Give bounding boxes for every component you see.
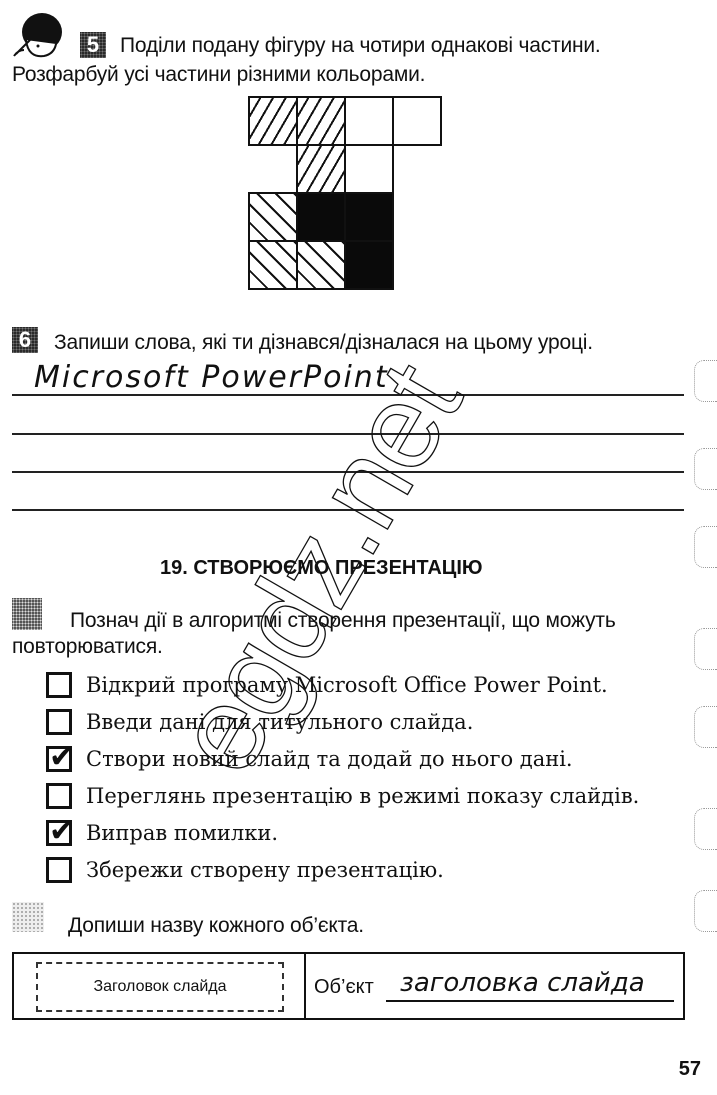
checkbox[interactable] bbox=[46, 709, 72, 735]
task-5-instruction-line2: Розфарбуй усі частини різними кольорами. bbox=[12, 62, 425, 88]
algorithm-option[interactable]: Збережи створену презентацію. bbox=[46, 855, 444, 885]
checkmark-icon: ✔ bbox=[49, 817, 74, 847]
option-label: Виправ помилки. bbox=[86, 821, 278, 845]
page-number: 57 bbox=[679, 1058, 701, 1081]
figure-cell-white[interactable] bbox=[344, 144, 394, 194]
table-divider bbox=[304, 954, 306, 1018]
task-2-badge: 2 bbox=[12, 902, 44, 932]
checkbox[interactable] bbox=[46, 672, 72, 698]
slide-title-placeholder-text: Заголовок слайда bbox=[93, 978, 226, 996]
figure-cell-forward-hatch[interactable] bbox=[296, 96, 346, 146]
figure-cell-white[interactable] bbox=[392, 96, 442, 146]
margin-doodle-icon bbox=[694, 628, 717, 670]
algorithm-option[interactable]: ✔Виправ помилки. bbox=[46, 818, 278, 848]
figure-cell-black[interactable] bbox=[296, 192, 346, 242]
figure-cell-back-hatch[interactable] bbox=[248, 192, 298, 242]
figure-cell-black[interactable] bbox=[344, 240, 394, 290]
checkbox[interactable]: ✔ bbox=[46, 746, 72, 772]
task-1-instruction-line2: повторюватися. bbox=[12, 634, 163, 660]
margin-doodle-icon bbox=[694, 526, 717, 568]
task-1-badge: 1 bbox=[12, 598, 42, 630]
algorithm-option[interactable]: Переглянь презентацію в режимі показу сл… bbox=[46, 781, 639, 811]
figure-cell-forward-hatch[interactable] bbox=[296, 144, 346, 194]
figure-cell-black[interactable] bbox=[344, 192, 394, 242]
figure-cell-back-hatch[interactable] bbox=[296, 240, 346, 290]
checkmark-icon: ✔ bbox=[49, 743, 74, 773]
margin-doodle-icon bbox=[694, 706, 717, 748]
option-label: Збережи створену презентацію. bbox=[86, 858, 444, 882]
object-name-table: Заголовок слайда Об’єкт заголовка слайда bbox=[12, 952, 685, 1020]
checkbox[interactable] bbox=[46, 857, 72, 883]
margin-doodle-icon bbox=[694, 890, 717, 932]
algorithm-option[interactable]: ✔Створи новий слайд та додай до нього да… bbox=[46, 744, 573, 774]
task-5-instruction-line1: Поділи подану фігуру на чотири однакові … bbox=[120, 33, 601, 59]
margin-doodle-icon bbox=[694, 360, 717, 402]
checkbox[interactable] bbox=[46, 783, 72, 809]
object-answer-line[interactable] bbox=[386, 1000, 674, 1002]
task-6-instruction: Запиши слова, які ти дізнався/дізналася … bbox=[54, 330, 593, 356]
object-answer[interactable]: заголовка слайда bbox=[400, 968, 645, 998]
task-2-instruction: Допиши назву кожного об’єкта. bbox=[68, 913, 364, 939]
margin-doodle-icon bbox=[694, 448, 717, 490]
girl-thinking-icon bbox=[8, 10, 70, 62]
margin-doodle-icon bbox=[694, 808, 717, 850]
task-6-badge: 6 bbox=[12, 327, 38, 353]
figure-cell-forward-hatch[interactable] bbox=[248, 96, 298, 146]
figure-cell-white[interactable] bbox=[344, 96, 394, 146]
option-label: Створи новий слайд та додай до нього дан… bbox=[86, 747, 573, 771]
checkbox[interactable]: ✔ bbox=[46, 820, 72, 846]
figure-cell-back-hatch[interactable] bbox=[248, 240, 298, 290]
option-label: Переглянь презентацію в режимі показу сл… bbox=[86, 784, 639, 808]
answer-line-1-text[interactable]: Microsoft PowerPoint bbox=[34, 360, 389, 395]
slide-title-placeholder: Заголовок слайда bbox=[36, 962, 284, 1012]
object-label: Об’єкт bbox=[314, 976, 374, 999]
division-figure bbox=[248, 96, 448, 296]
task-5-badge: 5 bbox=[80, 32, 106, 58]
